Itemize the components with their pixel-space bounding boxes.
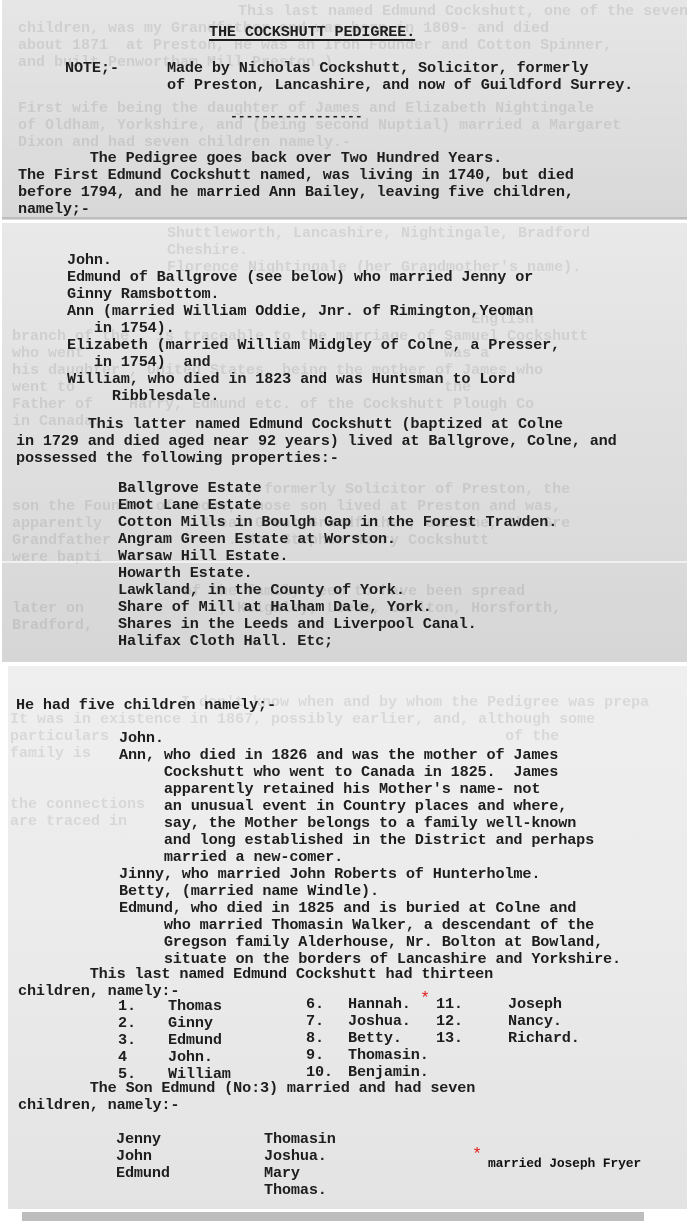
grandchild-name: John (116, 1148, 152, 1165)
grandchild-name: Mary (264, 1165, 300, 1182)
child-number: 13. (436, 1030, 463, 1047)
child-entry: married a new-comer. (119, 849, 343, 866)
separator-line: ----------------- (230, 108, 363, 125)
child-entry: Ginny Ramsbottom. (67, 286, 219, 303)
paper-crease (2, 217, 687, 219)
intro-line: namely;- (18, 201, 90, 218)
child-entry: Edmund, who died in 1825 and is buried a… (119, 900, 576, 917)
show-through-text: , formerly Solicitor of Preston, the (12, 481, 570, 498)
property-item: Emot Lane Estate (118, 497, 261, 514)
show-through-text: Cheshire. (167, 242, 248, 259)
asterisk-marker: * (420, 991, 430, 1008)
property-item: Angram Green Estate at Worston. (118, 531, 396, 548)
paragraph-line: possessed the following properties:- (16, 450, 339, 467)
child-entry: Ann (married William Oddie, Jnr. of Rimi… (67, 303, 533, 320)
child-entry: Ribblesdale. (67, 388, 219, 405)
child-number: 6. (306, 996, 324, 1013)
show-through-text: particulars of the (10, 728, 559, 745)
show-through-text: Shuttleworth, Lancashire, Nightingale, B… (167, 225, 590, 242)
child-name: Edmund (168, 1032, 222, 1049)
child-number: 2. (118, 1015, 136, 1032)
child-number: 8. (306, 1030, 324, 1047)
child-number: 11. (436, 996, 463, 1013)
child-name: Joseph (508, 996, 562, 1013)
grandchild-name: Jenny (116, 1131, 161, 1148)
property-item: Share of Mill at Halham Dale, York. (118, 599, 432, 616)
grandchild-name: Joshua. (264, 1148, 327, 1165)
note-line: of Preston, Lancashire, and now of Guild… (167, 77, 633, 94)
child-name: Thomasin. (348, 1047, 429, 1064)
paragraph-line: This latter named Edmund Cockshutt (bapt… (16, 416, 563, 433)
scan-panel-1: This last named Edmund Cockshutt, one of… (2, 0, 687, 220)
child-entry: in 1754) and (67, 354, 210, 371)
child-entry: apparently retained his Mother's name- n… (119, 781, 540, 798)
child-name: Thomas (168, 998, 222, 1015)
document-title: THE COCKSHUTT PEDIGREE. (209, 24, 415, 41)
property-item: Shares in the Leeds and Liverpool Canal. (118, 616, 477, 633)
child-entry: who married Thomasin Walker, a descendan… (119, 917, 594, 934)
child-name: Joshua. (348, 1013, 411, 1030)
child-number: 3. (118, 1032, 136, 1049)
child-entry: Jinny, who married John Roberts of Hunte… (119, 866, 540, 883)
scan-panel-3: I don't know when and by whom the Pedigr… (8, 666, 687, 1209)
footnote-text: married Joseph Fryer (488, 1155, 641, 1172)
property-item: Halifax Cloth Hall. Etc; (118, 633, 333, 650)
child-name: John. (168, 1049, 213, 1066)
child-entry: Gregson family Alderhouse, Nr. Bolton at… (119, 934, 603, 951)
child-number: 9. (306, 1047, 324, 1064)
grandchild-name: Thomas. (264, 1182, 327, 1199)
paragraph-line: The Son Edmund (No:3) married and had se… (18, 1080, 475, 1097)
note-line: Made by Nicholas Cockshutt, Solicitor, f… (167, 60, 588, 77)
show-through-text: were bapti (12, 549, 102, 566)
child-entry: William, who died in 1823 and was Huntsm… (67, 371, 515, 388)
child-entry: Ann, who died in 1826 and was the mother… (119, 747, 558, 764)
grandchild-name: Thomasin (264, 1131, 336, 1148)
child-entry: Elizabeth (married William Midgley of Co… (67, 337, 560, 354)
paragraph-line: children, namely:- (18, 983, 179, 1000)
show-through-text: family is (10, 745, 91, 762)
child-number: 4 (118, 1049, 127, 1066)
child-entry: Betty, (married name Windle). (119, 883, 379, 900)
child-name: Richard. (508, 1030, 580, 1047)
paragraph-line: This last named Edmund Cockshutt had thi… (18, 966, 493, 983)
intro-line: The Pedigree goes back over Two Hundred … (18, 150, 502, 167)
footnote-asterisk: * (472, 1147, 482, 1164)
intro-line: The First Edmund Cockshutt named, was li… (18, 167, 574, 184)
grandchild-name: Edmund (116, 1165, 170, 1182)
child-name: Nancy. (508, 1013, 562, 1030)
child-name: Hannah. (348, 996, 411, 1013)
child-number: 1. (118, 998, 136, 1015)
intro-line: before 1794, and he married Ann Bailey, … (18, 184, 574, 201)
scan-panel-2: Shuttleworth, Lancashire, Nightingale, B… (2, 223, 687, 662)
child-entry: Edmund of Ballgrove (see below) who marr… (67, 269, 533, 286)
paragraph-line: children, namely:- (18, 1097, 179, 1114)
child-number: 7. (306, 1013, 324, 1030)
paragraph-line: in 1729 and died aged near 92 years) liv… (16, 433, 617, 450)
child-name: Betty. (348, 1030, 402, 1047)
property-item: Lawkland, in the County of York. (118, 582, 405, 599)
note-label: NOTE;- (65, 60, 119, 77)
show-through-text: are traced in (10, 813, 127, 830)
property-item: Howarth Estate. (118, 565, 252, 582)
property-item: Ballgrove Estate (118, 480, 261, 497)
child-entry: an unusual event in Country places and w… (119, 798, 567, 815)
paper-crease (2, 561, 687, 563)
show-through-text: Bradford, (12, 617, 93, 634)
property-item: Cotton Mills in Boulgh Gap in the Forest… (118, 514, 557, 531)
child-number: 12. (436, 1013, 463, 1030)
child-entry: John. (119, 730, 164, 747)
child-entry: Cockshutt who went to Canada in 1825. Ja… (119, 764, 558, 781)
child-entry: in 1754). (67, 320, 175, 337)
child-entry: John. (67, 252, 112, 269)
bottom-border-bar (22, 1212, 644, 1221)
child-entry: say, the Mother belongs to a family well… (119, 815, 576, 832)
child-name: Ginny (168, 1015, 213, 1032)
section-heading: He had five children namely;- (16, 697, 276, 714)
child-entry: and long established in the District and… (119, 832, 594, 849)
show-through-text: This last named Edmund Cockshutt, one of… (202, 3, 687, 20)
